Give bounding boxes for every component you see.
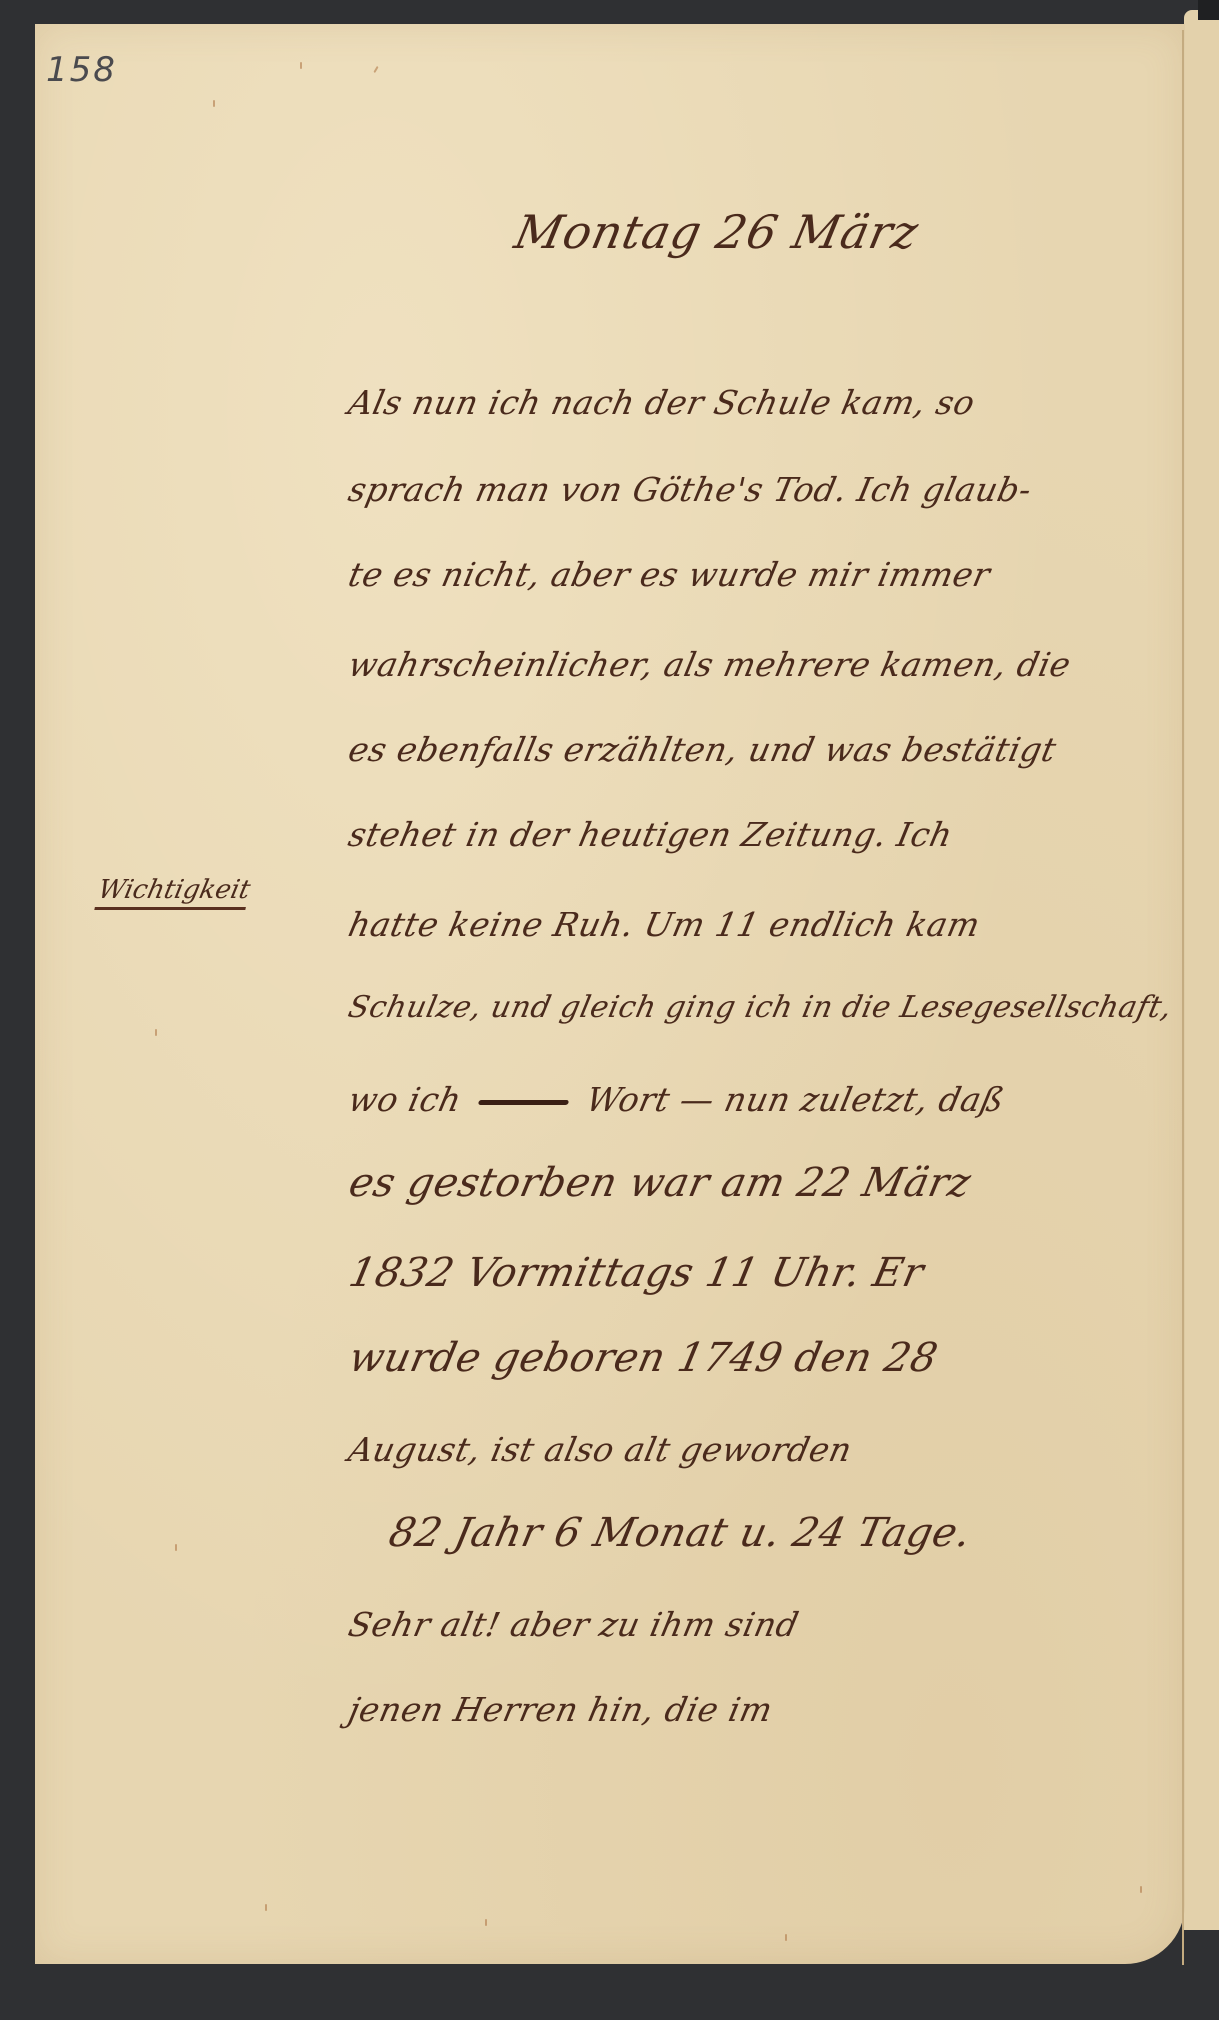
dash-stroke [478,1100,569,1105]
text-line: jenen Herren hin, die im [345,1690,776,1729]
text-line: sprach man von Göthe's Tod. Ich glaub- [345,470,1035,509]
text-line: Als nun ich nach der Schule kam, so [345,383,979,422]
paper-speck [213,100,215,107]
date-heading: Montag 26 März [510,205,924,259]
line-start: wo ich [345,1080,465,1119]
text-line: 82 Jahr 6 Monat u. 24 Tage. [385,1510,975,1556]
text-line: wurde geboren 1749 den 28 [345,1335,942,1381]
margin-note: Wichtigkeit [94,875,253,910]
next-page-edge [1184,10,1219,1930]
paper-speck [485,1919,487,1926]
paper-speck [175,1544,177,1551]
line-end: Wort — nun zuletzt, daß [583,1080,1008,1119]
paper-speck [373,66,378,73]
paper-speck [1140,1886,1142,1893]
text-line: 1832 Vormittags 11 Uhr. Er [345,1250,928,1296]
text-line-with-dash: wo ichWort — nun zuletzt, daß [345,1080,1008,1119]
binding-shadow [1198,0,1219,20]
paper-speck [300,62,302,69]
text-line: Schulze, und gleich ging ich in die Lese… [345,990,1175,1025]
folio-number: 158 [46,50,117,90]
text-line: es ebenfalls erzählten, und was bestätig… [345,730,1060,769]
text-line: Sehr alt! aber zu ihm sind [345,1605,802,1644]
text-line: stehet in der heutigen Zeitung. Ich [345,815,956,854]
text-line: August, ist also alt geworden [345,1430,856,1469]
gutter-fold [1182,30,1184,1965]
text-line: es gestorben war am 22 März [345,1160,975,1206]
text-line: hatte keine Ruh. Um 11 endlich kam [345,905,984,944]
paper-speck [785,1934,787,1941]
text-line: wahrscheinlicher, als mehrere kamen, die [345,645,1075,684]
text-line: te es nicht, aber es wurde mir immer [345,555,994,594]
paper-speck [155,1029,157,1036]
paper-speck [265,1904,267,1911]
